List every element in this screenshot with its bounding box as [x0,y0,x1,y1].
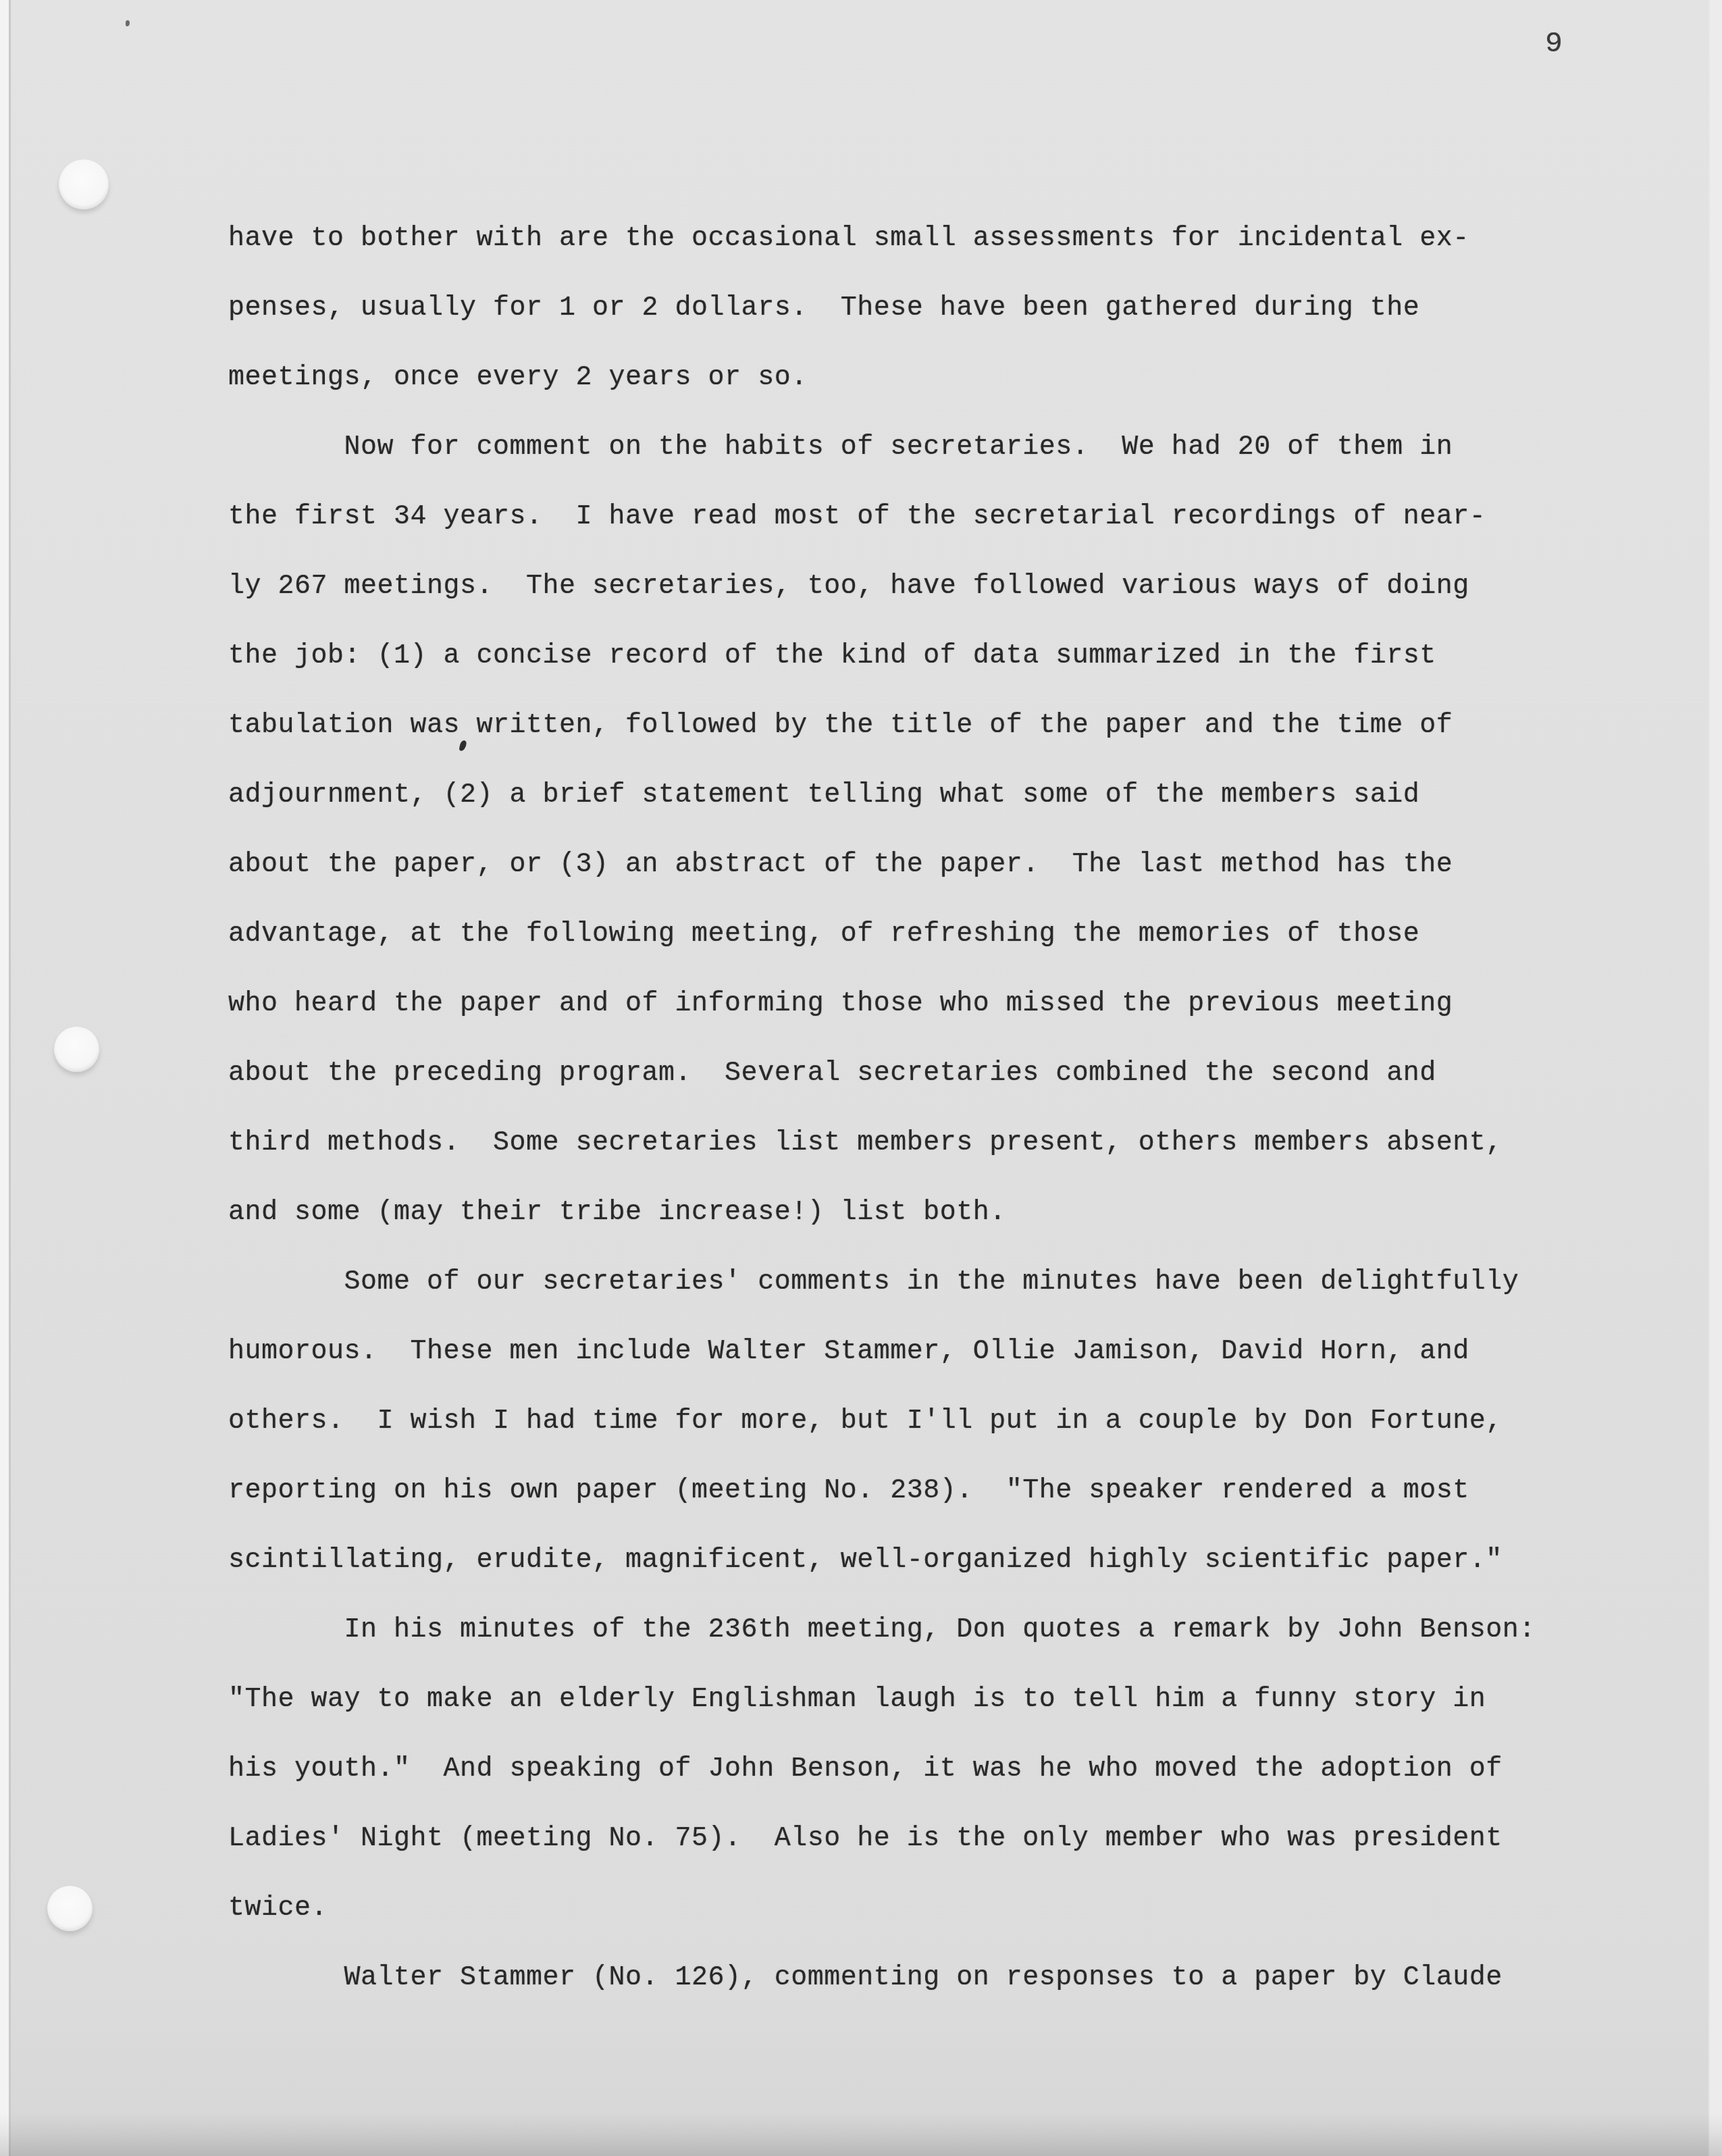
page-number: 9 [1545,27,1563,60]
page-right-edge [1708,0,1722,2156]
text-line: about the paper, or (3) an abstract of t… [228,830,1572,900]
text-line: Ladies' Night (meeting No. 75). Also he … [228,1804,1572,1874]
document-page: 9 have to bother with are the occasional… [0,0,1722,2156]
text-line: In his minutes of the 236th meeting, Don… [228,1595,1572,1665]
text-line: Now for comment on the habits of secreta… [228,413,1572,482]
text-line: meetings, once every 2 years or so. [228,343,1572,413]
text-line: have to bother with are the occasional s… [228,204,1572,274]
text-line: third methods. Some secretaries list mem… [228,1108,1572,1178]
bottom-scan-shadow [0,2113,1722,2156]
text-line: who heard the paper and of informing tho… [228,969,1572,1039]
text-line: advantage, at the following meeting, of … [228,900,1572,969]
punch-hole-bottom [47,1886,93,1931]
text-line: and some (may their tribe increase!) lis… [228,1178,1572,1248]
punch-hole-top [59,159,109,209]
text-line: humorous. These men include Walter Stamm… [228,1317,1572,1387]
text-line: twice. [228,1874,1572,1943]
text-line: others. I wish I had time for more, but … [228,1387,1572,1456]
text-line: scintillating, erudite, magnificent, wel… [228,1526,1572,1595]
text-line: ly 267 meetings. The secretaries, too, h… [228,552,1572,621]
text-line: the job: (1) a concise record of the kin… [228,621,1572,691]
text-line: "The way to make an elderly Englishman l… [228,1665,1572,1735]
text-line: tabulation was written, followed by the … [228,691,1572,761]
text-line: about the preceding program. Several sec… [228,1039,1572,1108]
text-line: the first 34 years. I have read most of … [228,482,1572,552]
page-left-edge [0,0,11,2156]
body-text: have to bother with are the occasional s… [228,204,1572,2013]
text-line: his youth." And speaking of John Benson,… [228,1735,1572,1804]
text-line: Walter Stammer (No. 126), commenting on … [228,1943,1572,2013]
punch-hole-middle [54,1027,99,1072]
text-line: reporting on his own paper (meeting No. … [228,1456,1572,1526]
text-line: penses, usually for 1 or 2 dollars. Thes… [228,274,1572,343]
ink-speck [126,20,130,26]
text-line: adjournment, (2) a brief statement telli… [228,761,1572,830]
text-line: Some of our secretaries' comments in the… [228,1248,1572,1317]
